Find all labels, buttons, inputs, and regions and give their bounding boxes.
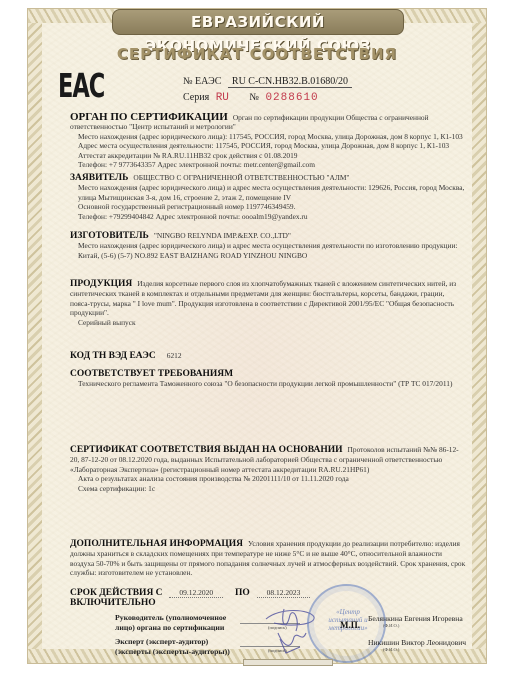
body-contacts: Телефон: +7 9773643357 Адрес электронной…: [70, 160, 466, 169]
certificate-number-value: RU C-CN.НВ32.В.01680/20: [228, 76, 352, 88]
hs-code-value: 6212: [167, 351, 182, 360]
certificate-title: СЕРТИФИКАТ СООТВЕТСТВИЯ: [28, 45, 486, 63]
series-label: Серия: [183, 92, 209, 103]
applicant-address: Место нахождения (адрес юридического лиц…: [70, 183, 466, 202]
printer-imprint: [243, 659, 333, 666]
manufacturer-address: Место нахождения (адрес юридического лиц…: [70, 241, 466, 260]
border-ornament-left: [28, 9, 42, 663]
section-hs-code: КОД ТН ВЭД ЕАЭС6212: [70, 351, 466, 361]
body-activity-address: Адрес места осуществления деятельности: …: [70, 141, 466, 150]
certificate-number: № ЕАЭС RU C-CN.НВ32.В.01680/20: [183, 76, 352, 87]
product-series: Серийный выпуск: [70, 318, 466, 327]
section-certification-body: ОРГАН ПО СЕРТИФИКАЦИИОрган по сертификац…: [70, 113, 466, 169]
head-label-line1: Руководитель (уполномоченное: [115, 613, 226, 623]
section-applicant: ЗАЯВИТЕЛЬОБЩЕСТВО С ОГРАНИЧЕННОЙ ОТВЕТСТ…: [70, 173, 466, 221]
section-heading: СЕРТИФИКАТ СООТВЕТСТВИЯ ВЫДАН НА ОСНОВАН…: [70, 445, 343, 455]
manufacturer-name: "NINGBO RELYNDA IMP.&EXP. CO.,LTD": [154, 231, 291, 240]
validity-to-label: ПО: [235, 588, 250, 598]
section-heading: ПРОДУКЦИЯ: [70, 279, 132, 289]
head-label-line2: лицо) органа по сертификации: [115, 623, 226, 633]
applicant-name: ОБЩЕСТВО С ОГРАНИЧЕННОЙ ОТВЕТСТВЕННОСТЬЮ…: [133, 173, 349, 182]
section-heading: КОД ТН ВЭД ЕАЭС: [70, 351, 156, 361]
basis-act: Акта о результатах анализа состояния про…: [70, 474, 466, 483]
section-heading: СООТВЕТСТВУЕТ ТРЕБОВАНИЯМ: [70, 369, 233, 379]
union-banner: ЕВРАЗИЙСКИЙ ЭКОНОМИЧЕСКИЙ СОЮЗ: [112, 9, 404, 35]
form-number-value: 0288610: [265, 92, 318, 104]
applicant-contacts: Телефон: +79299404842 Адрес электронной …: [70, 212, 466, 221]
body-accreditation: Аттестат аккредитации № RA.RU.11НВ32 сро…: [70, 151, 466, 160]
section-requirements: СООТВЕТСТВУЕТ ТРЕБОВАНИЯМ Технического р…: [70, 369, 466, 389]
border-ornament-right: [472, 9, 486, 663]
basis-scheme: Схема сертификации: 1с: [70, 484, 466, 493]
certificate-document: ЕВРАЗИЙСКИЙ ЭКОНОМИЧЕСКИЙ СОЮЗ СЕРТИФИКА…: [27, 8, 487, 664]
certificate-series: Серия RU № 0288610: [183, 92, 319, 104]
validity-from-value: 09.12.2020: [169, 588, 223, 598]
series-value: RU: [216, 92, 229, 104]
body-legal-address: Место нахождения (адрес юридического лиц…: [70, 132, 466, 141]
seal-place-label: М.П.: [340, 620, 360, 630]
expert-label-line2: (эксперты (эксперты-аудиторы)): [115, 647, 230, 657]
form-number-label: №: [249, 92, 259, 103]
expert-signatory-label: Эксперт (эксперт-аудитор) (эксперты (экс…: [115, 637, 230, 657]
requirements-text: Технического регламента Таможенного союз…: [70, 379, 466, 388]
section-product: ПРОДУКЦИЯИзделия корсетные первого слоя …: [70, 279, 466, 327]
expert-signatory-name: Никишин Виктор Леонидович: [368, 638, 466, 647]
section-heading: ЗАЯВИТЕЛЬ: [70, 173, 128, 183]
section-manufacturer: ИЗГОТОВИТЕЛЬ"NINGBO RELYNDA IMP.&EXP. CO…: [70, 231, 466, 260]
certificate-number-label: № ЕАЭС: [183, 76, 221, 87]
section-heading: ИЗГОТОВИТЕЛЬ: [70, 231, 149, 241]
head-signatory-name: Белянкина Евгения Игоревна: [368, 614, 463, 623]
section-additional-info: ДОПОЛНИТЕЛЬНАЯ ИНФОРМАЦИЯУсловия хранени…: [70, 539, 466, 578]
applicant-ogrn: Основной государственный регистрационный…: [70, 202, 466, 211]
validity-inclusive: ВКЛЮЧИТЕЛЬНО: [70, 598, 156, 608]
section-heading: ДОПОЛНИТЕЛЬНАЯ ИНФОРМАЦИЯ: [70, 539, 243, 549]
section-basis: СЕРТИФИКАТ СООТВЕТСТВИЯ ВЫДАН НА ОСНОВАН…: [70, 445, 466, 493]
section-heading: ОРГАН ПО СЕРТИФИКАЦИИ: [70, 111, 228, 123]
head-signatory-label: Руководитель (уполномоченное лицо) орган…: [115, 613, 226, 633]
expert-label-line1: Эксперт (эксперт-аудитор): [115, 637, 230, 647]
head-fio-caption: (Ф.И.О.): [383, 623, 399, 628]
validity-from-label: СРОК ДЕЙСТВИЯ С: [70, 588, 163, 598]
expert-fio-caption: (Ф.И.О.): [383, 647, 399, 652]
validity-to-value: 08.12.2023: [257, 588, 311, 598]
eac-logo-icon: ЕАС: [58, 67, 104, 105]
